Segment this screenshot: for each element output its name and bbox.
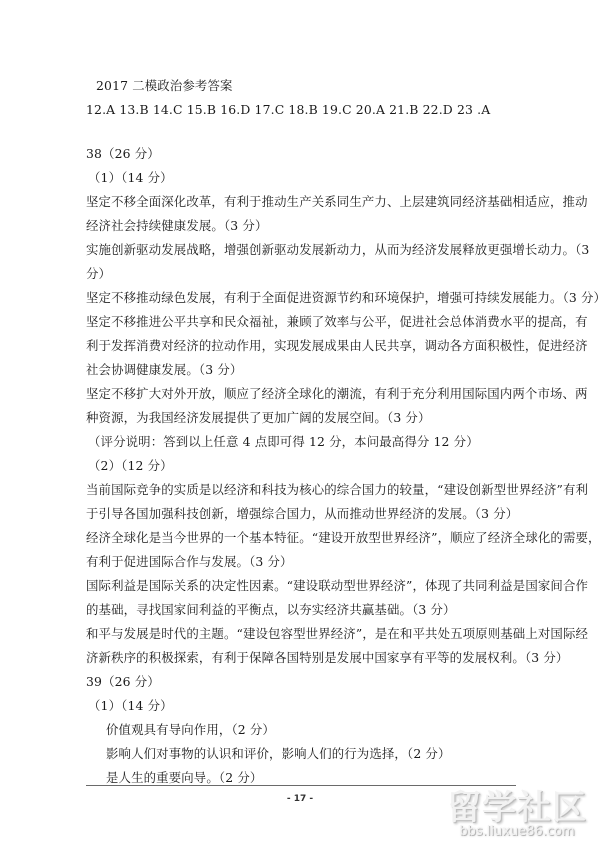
watermark-url: bbs.liuxue86.com bbox=[442, 824, 592, 840]
question-39-heading: 39（26 分） bbox=[86, 674, 160, 690]
answer-line: 实施创新驱动发展战略，增强创新驱动发展新动力，从而为经济发展释放更强增长动力。（… bbox=[86, 242, 589, 258]
q38-part2-heading: （2）（12 分） bbox=[88, 458, 173, 474]
answer-line: 价值观具有导向作用，（2 分） bbox=[106, 722, 275, 738]
answer-line: 和平与发展是时代的主题。“建设包容型世界经济”，是在和平共处五项原则基础上对国际… bbox=[86, 626, 588, 642]
document-title: 2017 二模政治参考答案 bbox=[96, 78, 233, 94]
answer-line: 济新秩序的积极探索，有利于保障各国特别是发展中国家享有平等的发展权利。（3 分） bbox=[86, 650, 568, 666]
answer-line: 是人生的重要向导。（2 分） bbox=[106, 770, 262, 786]
answer-line: 坚定不移推进公平共享和民众福祉，兼顾了效率与公平，促进社会总体消费水平的提高，有 bbox=[86, 314, 588, 330]
answer-line: 坚定不移扩大对外开放，顺应了经济全球化的潮流，有利于充分利用国际国内两个市场、两 bbox=[86, 386, 588, 402]
question-38-heading: 38（26 分） bbox=[86, 146, 160, 162]
watermark: 留学社区 bbs.liuxue86.com bbox=[442, 790, 592, 842]
answer-line: 于引导各国加强科技创新，增强综合国力，从而推动世界经济的发展。（3 分） bbox=[86, 506, 518, 522]
watermark-logo: 留学社区 bbox=[442, 790, 592, 826]
answer-line: 经济全球化是当今世界的一个基本特征。“建设开放型世界经济”，顺应了经济全球化的需… bbox=[86, 530, 600, 546]
footer-divider bbox=[86, 785, 516, 786]
answer-line: 的基础，寻找国家间利益的平衡点，以夯实经济共赢基础。（3 分） bbox=[86, 602, 456, 618]
scoring-note: （评分说明：答到以上任意 4 点即可得 12 分，本问最高得分 12 分） bbox=[88, 434, 479, 450]
q38-part1-heading: （1）（14 分） bbox=[88, 170, 173, 186]
answer-line: 影响人们对事物的认识和评价，影响人们的行为选择，（2 分） bbox=[106, 746, 451, 762]
choice-answers: 12.A 13.B 14.C 15.B 16.D 17.C 18.B 19.C … bbox=[86, 102, 490, 118]
answer-line: 当前国际竞争的实质是以经济和科技为核心的综合国力的较量，“建设创新型世界经济”有… bbox=[86, 482, 588, 498]
answer-line: 经济社会持续健康发展。（3 分） bbox=[86, 218, 268, 234]
answer-line: 坚定不移全面深化改革，有利于推动生产关系同生产力、上层建筑同经济基础相适应，推动 bbox=[86, 194, 588, 210]
answer-line: 利于发挥消费对经济的拉动作用，实现发展成果由人民共享，调动各方面积极性，促进经济 bbox=[86, 338, 588, 354]
answer-line: 国际利益是国际关系的决定性因素。“建设联动型世界经济”，体现了共同利益是国家间合… bbox=[86, 578, 588, 594]
answer-line: 分） bbox=[86, 266, 111, 282]
answer-line: 社会协调健康发展。（3 分） bbox=[86, 362, 242, 378]
answer-line: 坚定不移推动绿色发展，有利于全面促进资源节约和环境保护，增强可持续发展能力。（3… bbox=[86, 290, 600, 306]
answer-line: 有利于促进国际合作与发展。（3 分） bbox=[86, 554, 293, 570]
q39-part1-heading: （1）（14 分） bbox=[88, 698, 173, 714]
answer-line: 种资源，为我国经济发展提供了更加广阔的发展空间。（3 分） bbox=[86, 410, 431, 426]
